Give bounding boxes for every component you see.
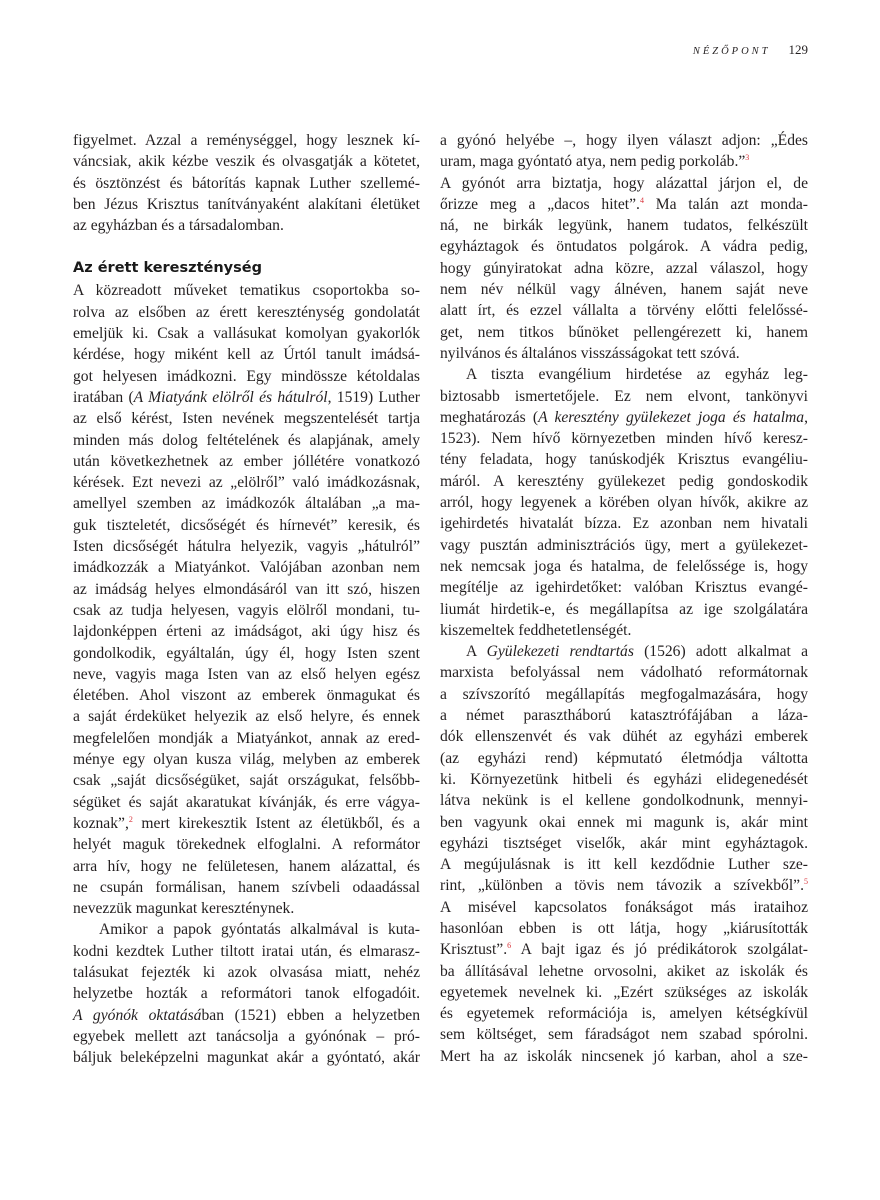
text-line: amellyel szemben az imádkozók általában … bbox=[73, 493, 420, 514]
text-fragment: iratában ( bbox=[73, 389, 134, 406]
text-line: helyzetbe hozták a reformátori tanok elf… bbox=[73, 983, 420, 1004]
text-line: ne csupán formálisan, hanem szívbeli oda… bbox=[73, 877, 420, 898]
text-line: A gyónók oktatásában (1521) ebben a hely… bbox=[73, 1005, 420, 1026]
text-line: Isten dicsőségét hátulra helyezik, vagyi… bbox=[73, 536, 420, 557]
text-line: egyháztagok és öntudatos polgárok. A vád… bbox=[440, 236, 808, 257]
page-number: 129 bbox=[789, 42, 809, 58]
paragraph: A Gyülekezeti rendtartás (1526) adott al… bbox=[440, 641, 808, 1067]
text-line: igehirdetés hivatalát bízza. Ez azonban … bbox=[440, 513, 808, 534]
text-fragment: Ma talán azt monda- bbox=[644, 196, 808, 213]
work-title: A gyónók oktatásá bbox=[73, 1007, 201, 1024]
text-line: marxista befolyással nem vádolható refor… bbox=[440, 662, 808, 683]
text-line: a szívszorító megállapítás megfogalmazás… bbox=[440, 684, 808, 705]
text-line: biztosabb ismertetőjele. Ez nem elvont, … bbox=[440, 386, 808, 407]
text-line: figyelmet. Azzal a reménységgel, hogy le… bbox=[73, 130, 420, 151]
text-fragment: A bbox=[466, 643, 487, 660]
text-line: arra hív, hogy ne felületesen, hanem alá… bbox=[73, 856, 420, 877]
paragraph: a gyónó helyébe –, hogy ilyen választ ad… bbox=[440, 130, 808, 364]
text-line: A tiszta evangélium hirdetése az egyház … bbox=[440, 364, 808, 385]
text-fragment: (1526) adott alkalmat a bbox=[634, 643, 808, 660]
running-head: NÉZŐPONT 129 bbox=[693, 42, 808, 58]
text-line: iratában (A Miatyánk elölről és hátulról… bbox=[73, 387, 420, 408]
text-line: A Gyülekezeti rendtartás (1526) adott al… bbox=[440, 641, 808, 662]
text-line: csak az tudja helyesen, vagyis elölről m… bbox=[73, 600, 420, 621]
text-line: hogy gúnyiratokat adna közre, azzal vála… bbox=[440, 258, 808, 279]
text-line: got helyesen imádkozni. Egy mindössze ké… bbox=[73, 366, 420, 387]
text-fragment: uram, maga gyóntató atya, nem pedig pork… bbox=[440, 153, 745, 170]
text-line: lajdonképpen érteni az imádságot, aki úg… bbox=[73, 621, 420, 642]
text-fragment: , 1519) Luther bbox=[328, 389, 420, 406]
text-line: ségüket és saját akaratukat kívánják, és… bbox=[73, 792, 420, 813]
text-line: A misével kapcsolatos fonákságot más ira… bbox=[440, 897, 808, 918]
text-line: A gyónót arra biztatja, hogy alázattal j… bbox=[440, 173, 808, 194]
text-line: megfelelően mondják a Miatyánkot, annak … bbox=[73, 728, 420, 749]
text-line: alatt írt, és ezzel vállalta a törvény e… bbox=[440, 300, 808, 321]
text-line: után következhetnek az ember jóllétére v… bbox=[73, 451, 420, 472]
text-line: látva nekünk is el kellene gondolkodnunk… bbox=[440, 790, 808, 811]
text-fragment: mert kirekesztik Istent az életükből, és… bbox=[133, 815, 420, 832]
text-line: életében. Ahol viszont az emberek önmagu… bbox=[73, 685, 420, 706]
text-fragment: Krisztust”. bbox=[440, 941, 507, 958]
text-line: get, nem titkos bűnöket pellengérezett k… bbox=[440, 322, 808, 343]
work-title: A Miatyánk elölről és hátulról bbox=[134, 389, 328, 406]
text-line: és egyetemek reformációja is, amelyen ké… bbox=[440, 1003, 808, 1024]
text-line: tény feladata, hogy tanúskodjék Krisztus… bbox=[440, 449, 808, 470]
text-line: A megújulásnak is itt kell kezdődnie Lut… bbox=[440, 854, 808, 875]
text-line: helyét maguk törekednek elfoglalni. A re… bbox=[73, 834, 420, 855]
text-line: kodni kezdtek Luther tiltott iratai után… bbox=[73, 941, 420, 962]
text-fragment: őrizze meg a „dacos hitet”. bbox=[440, 196, 640, 213]
text-line: báljuk beleképzelni magunkat akár a gyón… bbox=[73, 1047, 420, 1068]
text-line: emeljük ki. Csak a vallásukat komolyan g… bbox=[73, 323, 420, 344]
text-line: a saját érdeküket helyezik az első helyr… bbox=[73, 706, 420, 727]
text-line: minden más dolog feltételének és alapján… bbox=[73, 430, 420, 451]
text-line: guk tiszteletét, dicsőségét és hírnevét”… bbox=[73, 515, 420, 536]
text-line: az imádság helyes elmondásáról van itt s… bbox=[73, 579, 420, 600]
text-line: (az egyházi rend) képmutató életmódja vá… bbox=[440, 748, 808, 769]
text-line: rint, „különben a tövis nem távozik a sz… bbox=[440, 875, 808, 896]
text-line: ki. Környezetünk hitbeli és egyházi elid… bbox=[440, 769, 808, 790]
text-line: máról. A keresztény gyülekezet pedig gon… bbox=[440, 471, 808, 492]
text-line: vagy pusztán adminisztrációs ügy, mert a… bbox=[440, 535, 808, 556]
paragraph: A közreadott műveket tematikus csoportok… bbox=[73, 280, 420, 919]
text-line: és ösztönzést és bátorítás kapnak Luther… bbox=[73, 173, 420, 194]
text-line: egyházi tisztséget viselők, akár mint eg… bbox=[440, 833, 808, 854]
text-line: A közreadott műveket tematikus csoportok… bbox=[73, 280, 420, 301]
text-line: egyetemek nevelnek ki. „Ezért szükséges … bbox=[440, 982, 808, 1003]
text-line: kiszemeltek feddhetetlenségét. bbox=[440, 620, 808, 641]
text-line: dók ellenszenvét és vak dühét az egyházi… bbox=[440, 726, 808, 747]
text-line: megítélje az igehirdetőket: valóban Kris… bbox=[440, 577, 808, 598]
text-line: csak „saját dicsőségüket, saját országuk… bbox=[73, 770, 420, 791]
text-fragment: meghatározás ( bbox=[440, 409, 538, 426]
text-line: őrizze meg a „dacos hitet”.4 Ma talán az… bbox=[440, 194, 808, 215]
text-line: neve, vagyis maga Isten van az első hely… bbox=[73, 664, 420, 685]
footnote-marker[interactable]: 3 bbox=[745, 153, 749, 162]
text-line: váncsiak, akik kézbe veszik és olvasgatj… bbox=[73, 151, 420, 172]
text-line: nyilvános és általános visszásságokat te… bbox=[440, 343, 808, 364]
text-line: ménye egy olyan kusza világ, melyben az … bbox=[73, 749, 420, 770]
text-line: 1523). Nem hívő környezetben minden hívő… bbox=[440, 428, 808, 449]
text-line: Krisztust”.6 A bajt igaz és jó prédikáto… bbox=[440, 939, 808, 960]
work-title: A keresztény gyülekezet joga és hatalma bbox=[538, 409, 804, 426]
text-fragment: koznak”, bbox=[73, 815, 129, 832]
text-line: Amikor a papok gyóntatás alkalmával is k… bbox=[73, 919, 420, 940]
text-line: meghatározás (A keresztény gyülekezet jo… bbox=[440, 407, 808, 428]
text-line: egyebek mellett azt tanácsolja a gyónóna… bbox=[73, 1026, 420, 1047]
text-line: koznak”,2 mert kirekesztik Istent az éle… bbox=[73, 813, 420, 834]
text-line: gondolkodik, egyáltalán, úgy él, hogy Is… bbox=[73, 643, 420, 664]
section-heading: Az érett kereszténység bbox=[73, 258, 420, 278]
text-line: nevezzük magunkat keresztény­nek. bbox=[73, 898, 420, 919]
text-line: hasonlóan ebben is ott látja, hogy „kiár… bbox=[440, 918, 808, 939]
text-line: a gyónó helyébe –, hogy ilyen választ ad… bbox=[440, 130, 808, 151]
paragraph: A tiszta evangélium hirdetése az egyház … bbox=[440, 364, 808, 641]
text-line: talásukat fejezték ki azok olvasása miat… bbox=[73, 962, 420, 983]
text-line: imádkozzák a Miatyánkot. Valójában azonb… bbox=[73, 557, 420, 578]
text-line: az első kérést, Isten nevének megszentel… bbox=[73, 408, 420, 429]
text-line: ben Jézus Krisztus tanítványaként alakít… bbox=[73, 194, 420, 215]
running-head-section: NÉZŐPONT bbox=[693, 46, 771, 57]
text-fragment: , bbox=[804, 409, 808, 426]
work-title: Gyülekezeti rendtartás bbox=[487, 643, 634, 660]
left-column: figyelmet. Azzal a reménységgel, hogy le… bbox=[73, 130, 420, 1068]
text-line: nem név nélkül vagy álnéven, hanem saját… bbox=[440, 279, 808, 300]
text-line: rolva az elsőben az érett kereszténység … bbox=[73, 302, 420, 323]
text-line: nek nemcsak joga és hatalma, de felelőss… bbox=[440, 556, 808, 577]
text-line: kérdése, hogy miként kell az Úrtól tanul… bbox=[73, 344, 420, 365]
text-fragment: rint, „különben a tövis nem távozik a sz… bbox=[440, 877, 804, 894]
text-line: ná, ne birkák legyünk, hanem tudatos, fe… bbox=[440, 215, 808, 236]
footnote-marker[interactable]: 5 bbox=[804, 877, 808, 886]
text-line: ba állításával lehetne orvosolni, akiket… bbox=[440, 961, 808, 982]
text-fragment: A bajt igaz és jó prédikátorok szolgálat… bbox=[511, 941, 808, 958]
text-fragment: ban (1521) ebben a helyzetben bbox=[201, 1007, 420, 1024]
text-line: liumát hirdetik-e, és megállapítsa az ig… bbox=[440, 599, 808, 620]
text-line: kérések. Ezt nevezi az „elölről” való im… bbox=[73, 472, 420, 493]
text-line: Mert ha az iskolák nincsenek jó karban, … bbox=[440, 1046, 808, 1067]
text-line: az egyházban és a társadalomban. bbox=[73, 215, 420, 236]
paragraph: figyelmet. Azzal a reménységgel, hogy le… bbox=[73, 130, 420, 236]
text-line: arról, hogy legyenek a körében olyan hív… bbox=[440, 492, 808, 513]
text-line: ben vagyunk okai ennek mi magunk is, aká… bbox=[440, 812, 808, 833]
text-line: a német parasztháború katasztrófájában a… bbox=[440, 705, 808, 726]
text-line: uram, maga gyóntató atya, nem pedig pork… bbox=[440, 151, 808, 172]
right-column: a gyónó helyébe –, hogy ilyen választ ad… bbox=[440, 130, 808, 1067]
text-line: sem költséget, sem fáradságot nem szabad… bbox=[440, 1024, 808, 1045]
paragraph: Amikor a papok gyóntatás alkalmával is k… bbox=[73, 919, 420, 1068]
